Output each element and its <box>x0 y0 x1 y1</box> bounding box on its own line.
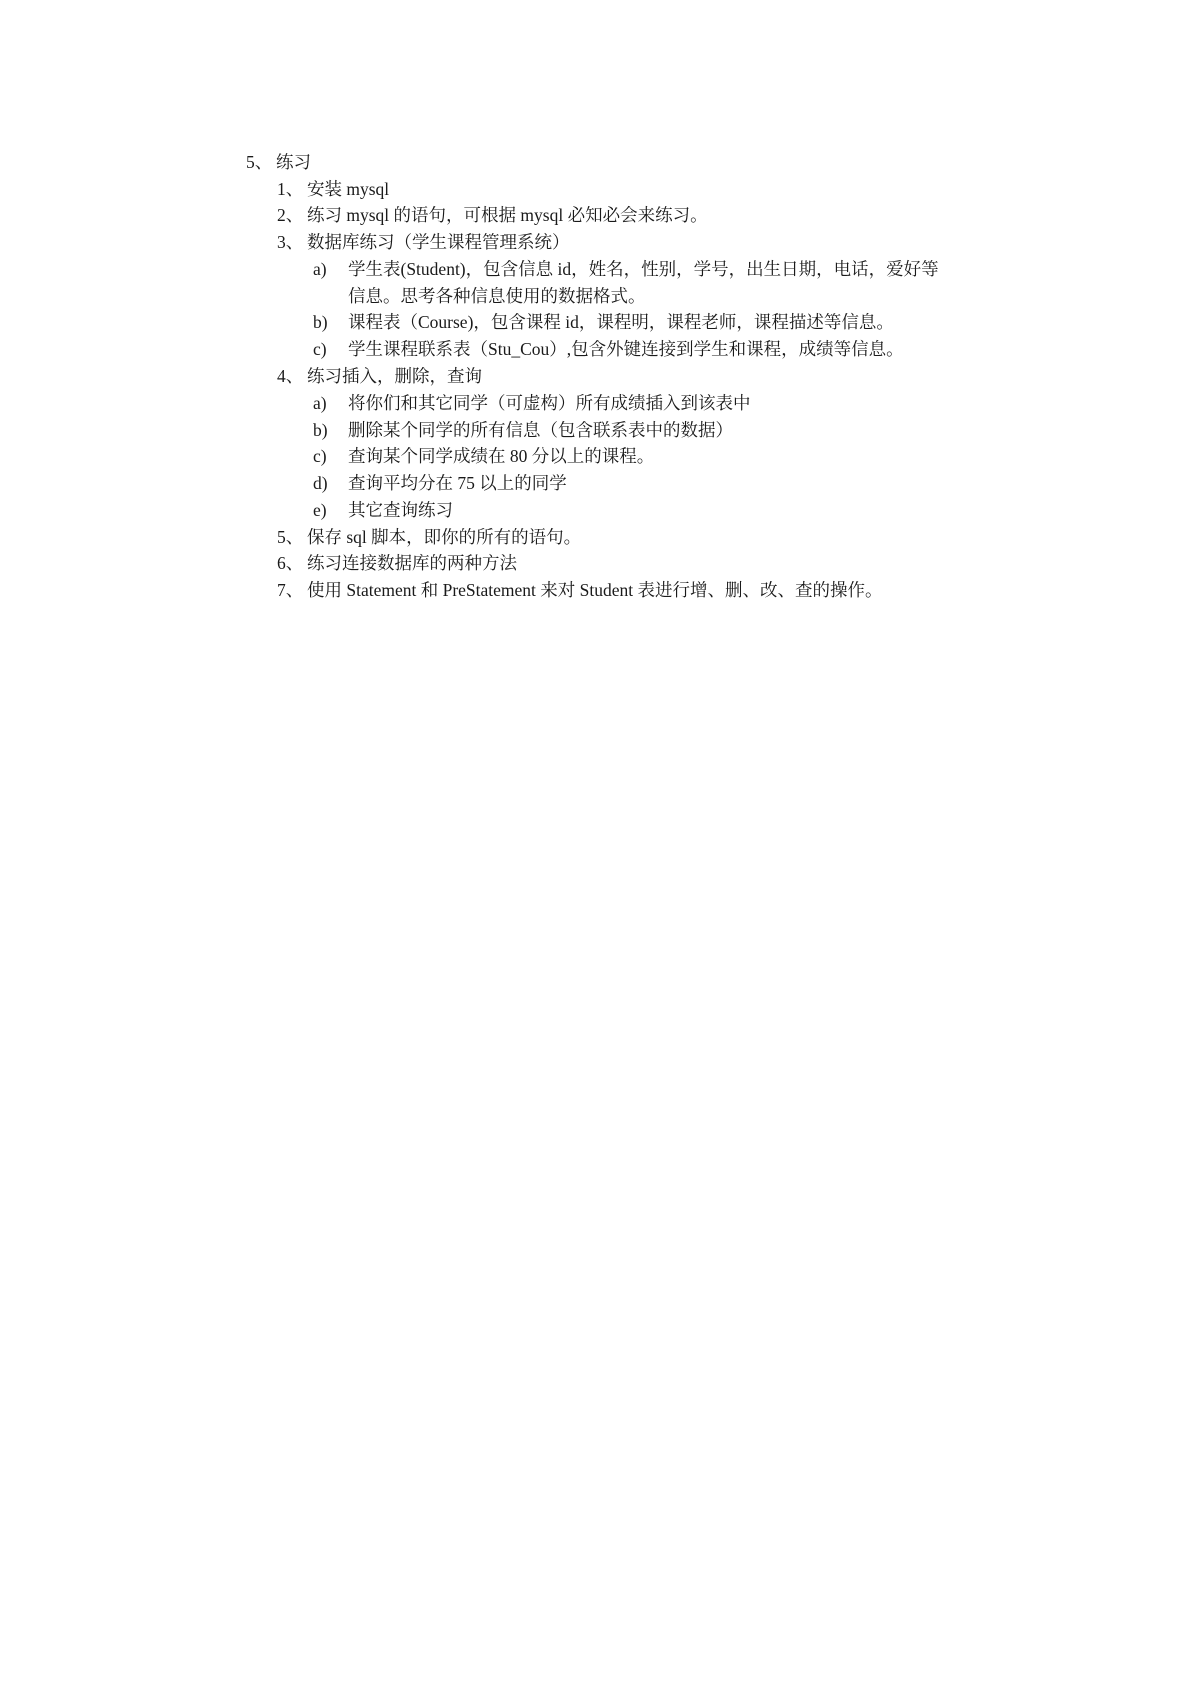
sub-item-letter: b) <box>313 311 328 333</box>
item-text: 练习 mysql 的语句，可根据 mysql 必知必会来练习。 <box>307 204 708 226</box>
section-number: 5、 <box>246 151 272 173</box>
sub-item-letter: d) <box>313 472 328 494</box>
item-text: 使用 Statement 和 PreStatement 来对 Student 表… <box>307 579 883 601</box>
item-number: 3、 <box>277 231 303 253</box>
sub-item-text: 课程表（Course)，包含课程 id，课程明，课程老师，课程描述等信息。 <box>348 311 894 333</box>
item-text: 安装 mysql <box>307 178 389 200</box>
item-text: 数据库练习（学生课程管理系统） <box>307 231 570 253</box>
sub-item-letter: a) <box>313 392 327 414</box>
sub-item-letter: e) <box>313 499 327 521</box>
item-number: 4、 <box>277 365 303 387</box>
sub-item-letter: a) <box>313 258 327 280</box>
item-text: 练习连接数据库的两种方法 <box>307 552 517 574</box>
item-text: 练习插入，删除，查询 <box>307 365 482 387</box>
sub-item-text: 将你们和其它同学（可虚构）所有成绩插入到该表中 <box>348 392 751 414</box>
sub-item-text: 其它查询练习 <box>348 499 453 521</box>
sub-item-text: 学生表(Student)，包含信息 id，姓名，性别，学号，出生日期，电话，爱好… <box>348 258 939 280</box>
sub-item-text: 删除某个同学的所有信息（包含联系表中的数据） <box>348 419 733 441</box>
item-number: 2、 <box>277 204 303 226</box>
item-number: 6、 <box>277 552 303 574</box>
sub-item-text: 查询某个同学成绩在 80 分以上的课程。 <box>348 445 654 467</box>
document-page: 5、 练习 1、 安装 mysql 2、 练习 mysql 的语句，可根据 my… <box>0 0 1191 1684</box>
sub-item-letter: b) <box>313 419 328 441</box>
sub-item-text: 查询平均分在 75 以上的同学 <box>348 472 567 494</box>
sub-item-text-continuation: 信息。思考各种信息使用的数据格式。 <box>348 285 646 307</box>
item-number: 5、 <box>277 526 303 548</box>
sub-item-letter: c) <box>313 445 327 467</box>
item-number: 7、 <box>277 579 303 601</box>
item-text: 保存 sql 脚本，即你的所有的语句。 <box>307 526 581 548</box>
sub-item-letter: c) <box>313 338 327 360</box>
item-number: 1、 <box>277 178 303 200</box>
sub-item-text: 学生课程联系表（Stu_Cou）,包含外键连接到学生和课程，成绩等信息。 <box>348 338 904 360</box>
section-title: 练习 <box>276 151 311 173</box>
